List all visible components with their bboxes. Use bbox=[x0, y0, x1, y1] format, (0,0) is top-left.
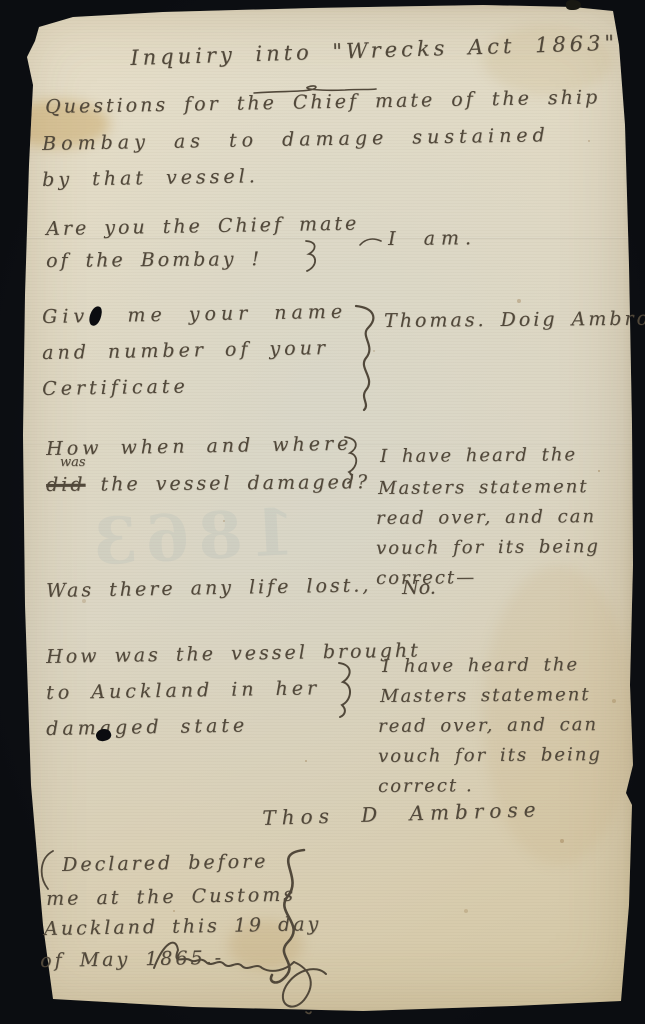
brace-icon bbox=[332, 660, 356, 720]
answer-line: I am. bbox=[388, 227, 477, 250]
answer-line: I have heard the bbox=[382, 654, 579, 677]
interlinear-correction: was bbox=[60, 455, 86, 470]
question-line: did the vessel damaged? bbox=[46, 471, 370, 496]
question-line: of the Bombay ! bbox=[46, 248, 262, 272]
answer-line: No. bbox=[402, 577, 436, 599]
question-line-rest: the vessel damaged? bbox=[100, 471, 370, 495]
answer-line: read over, and can bbox=[376, 506, 596, 529]
answer-line: Thomas. Doig Ambrose bbox=[384, 307, 645, 332]
page-background: 1863 Inquiry into "Wrecks Act 1863" Ques… bbox=[0, 0, 645, 1024]
ink-show-through: 1863 bbox=[83, 495, 297, 581]
brace-icon bbox=[340, 434, 362, 486]
answer-line: I have heard the bbox=[380, 444, 577, 467]
open-paren-flourish bbox=[36, 848, 56, 892]
declaration-line: Declared before bbox=[62, 850, 269, 876]
official-signature-flourish bbox=[148, 924, 348, 1020]
question-line: damaged state bbox=[46, 714, 248, 740]
foxing-spots bbox=[13, 5, 15, 7]
binding-mark bbox=[566, 0, 581, 10]
brace-icon bbox=[350, 302, 382, 414]
answer-line: correct . bbox=[378, 775, 474, 797]
answer-line: Masters statement bbox=[378, 476, 589, 499]
intro-line: by that vessel. bbox=[42, 165, 259, 191]
answer-line: vouch for its being bbox=[378, 744, 602, 767]
answer-line: Masters statement bbox=[380, 684, 591, 707]
answer-line: vouch for its being bbox=[376, 536, 600, 559]
question-line: Certificate bbox=[42, 375, 189, 400]
struck-word: did bbox=[46, 474, 86, 496]
brace-icon bbox=[300, 238, 322, 274]
pen-stroke bbox=[358, 236, 384, 248]
answer-line: read over, and can bbox=[378, 714, 598, 737]
